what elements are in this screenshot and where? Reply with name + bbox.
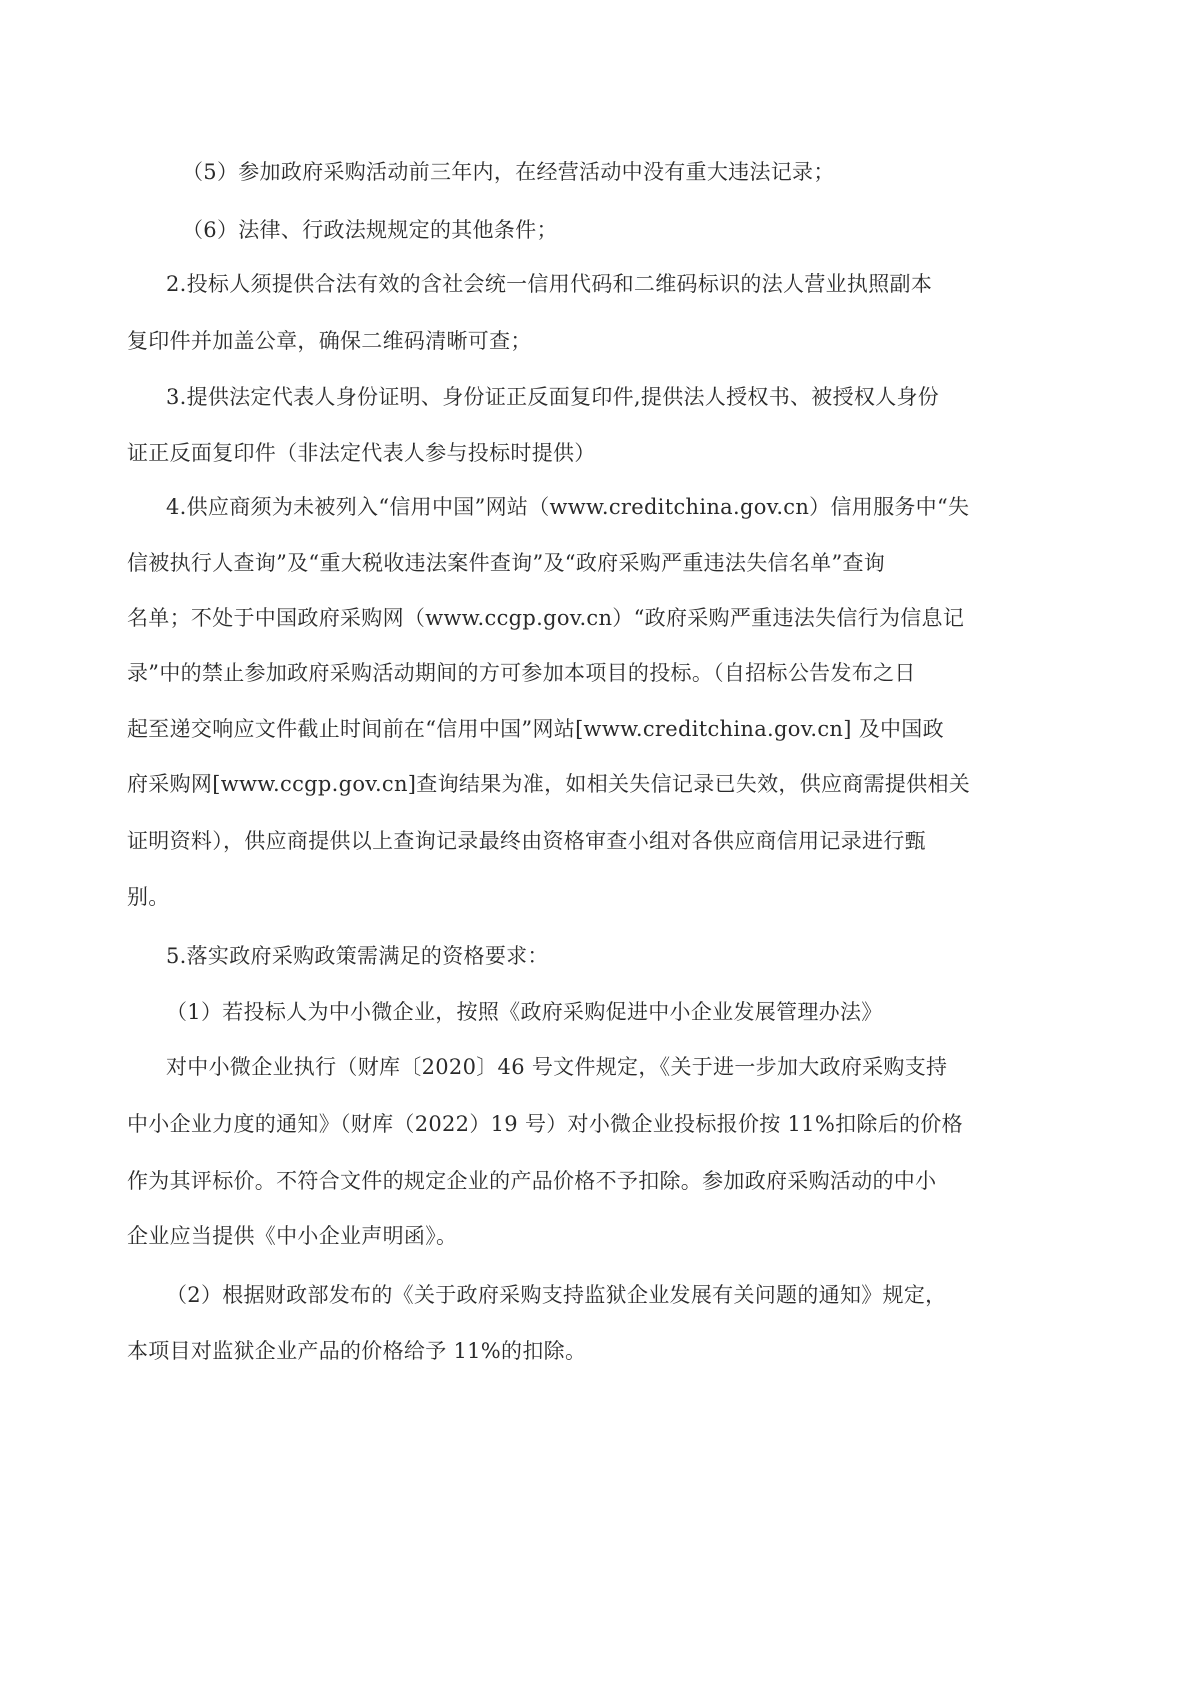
text-line: 名单；不处于中国政府采购网（www.ccgp.gov.cn）“政府采购严重违法失… [127, 604, 964, 632]
text-line: 证明资料），供应商提供以上查询记录最终由资格审查小组对各供应商信用记录进行甄 [127, 827, 926, 855]
text-line: 中小企业力度的通知》（财库（2022）19 号）对小微企业投标报价按 11%扣除… [127, 1110, 963, 1138]
text-line: 信被执行人查询”及“重大税收违法案件查询”及“政府采购严重违法失信名单”查询 [127, 549, 885, 577]
text-line: 起至递交响应文件截止时间前在“信用中国”网站[www.creditchina.g… [127, 715, 944, 743]
text-line: 别。 [127, 883, 170, 911]
text-line: （6）法律、行政法规规定的其他条件； [182, 216, 558, 244]
text-line: 本项目对监狱企业产品的价格给予 11%的扣除。 [127, 1337, 586, 1365]
text-line: （1）若投标人为中小微企业，按照《政府采购促进中小企业发展管理办法》 [166, 998, 883, 1026]
text-line: 2.投标人须提供合法有效的含社会统一信用代码和二维码标识的法人营业执照副本 [166, 270, 932, 298]
text-line: 4.供应商须为未被列入“信用中国”网站（www.creditchina.gov.… [166, 493, 969, 521]
text-line: 作为其评标价。不符合文件的规定企业的产品价格不予扣除。参加政府采购活动的中小 [127, 1167, 936, 1195]
text-line: 证正反面复印件（非法定代表人参与投标时提供） [127, 439, 596, 467]
text-line: 3.提供法定代表人身份证明、身份证正反面复印件,提供法人授权书、被授权人身份 [166, 383, 939, 411]
text-line: （5）参加政府采购活动前三年内，在经营活动中没有重大违法记录； [182, 158, 835, 186]
text-line: 对中小微企业执行（财库〔2020〕46 号文件规定，《关于进一步加大政府采购支持 [166, 1053, 947, 1081]
text-line: 5.落实政府采购政策需满足的资格要求： [166, 942, 549, 970]
document-page: （5）参加政府采购活动前三年内，在经营活动中没有重大违法记录； （6）法律、行政… [0, 0, 1191, 1684]
text-line: （2）根据财政部发布的《关于政府采购支持监狱企业发展有关问题的通知》规定， [166, 1281, 946, 1309]
text-line: 复印件并加盖公章，确保二维码清晰可查； [127, 327, 532, 355]
text-line: 企业应当提供《中小企业声明函》。 [127, 1222, 457, 1250]
text-line: 府采购网[www.ccgp.gov.cn]查询结果为准，如相关失信记录已失效，供… [127, 770, 970, 798]
text-line: 录”中的禁止参加政府采购活动期间的方可参加本项目的投标。（自招标公告发布之日 [127, 659, 916, 687]
